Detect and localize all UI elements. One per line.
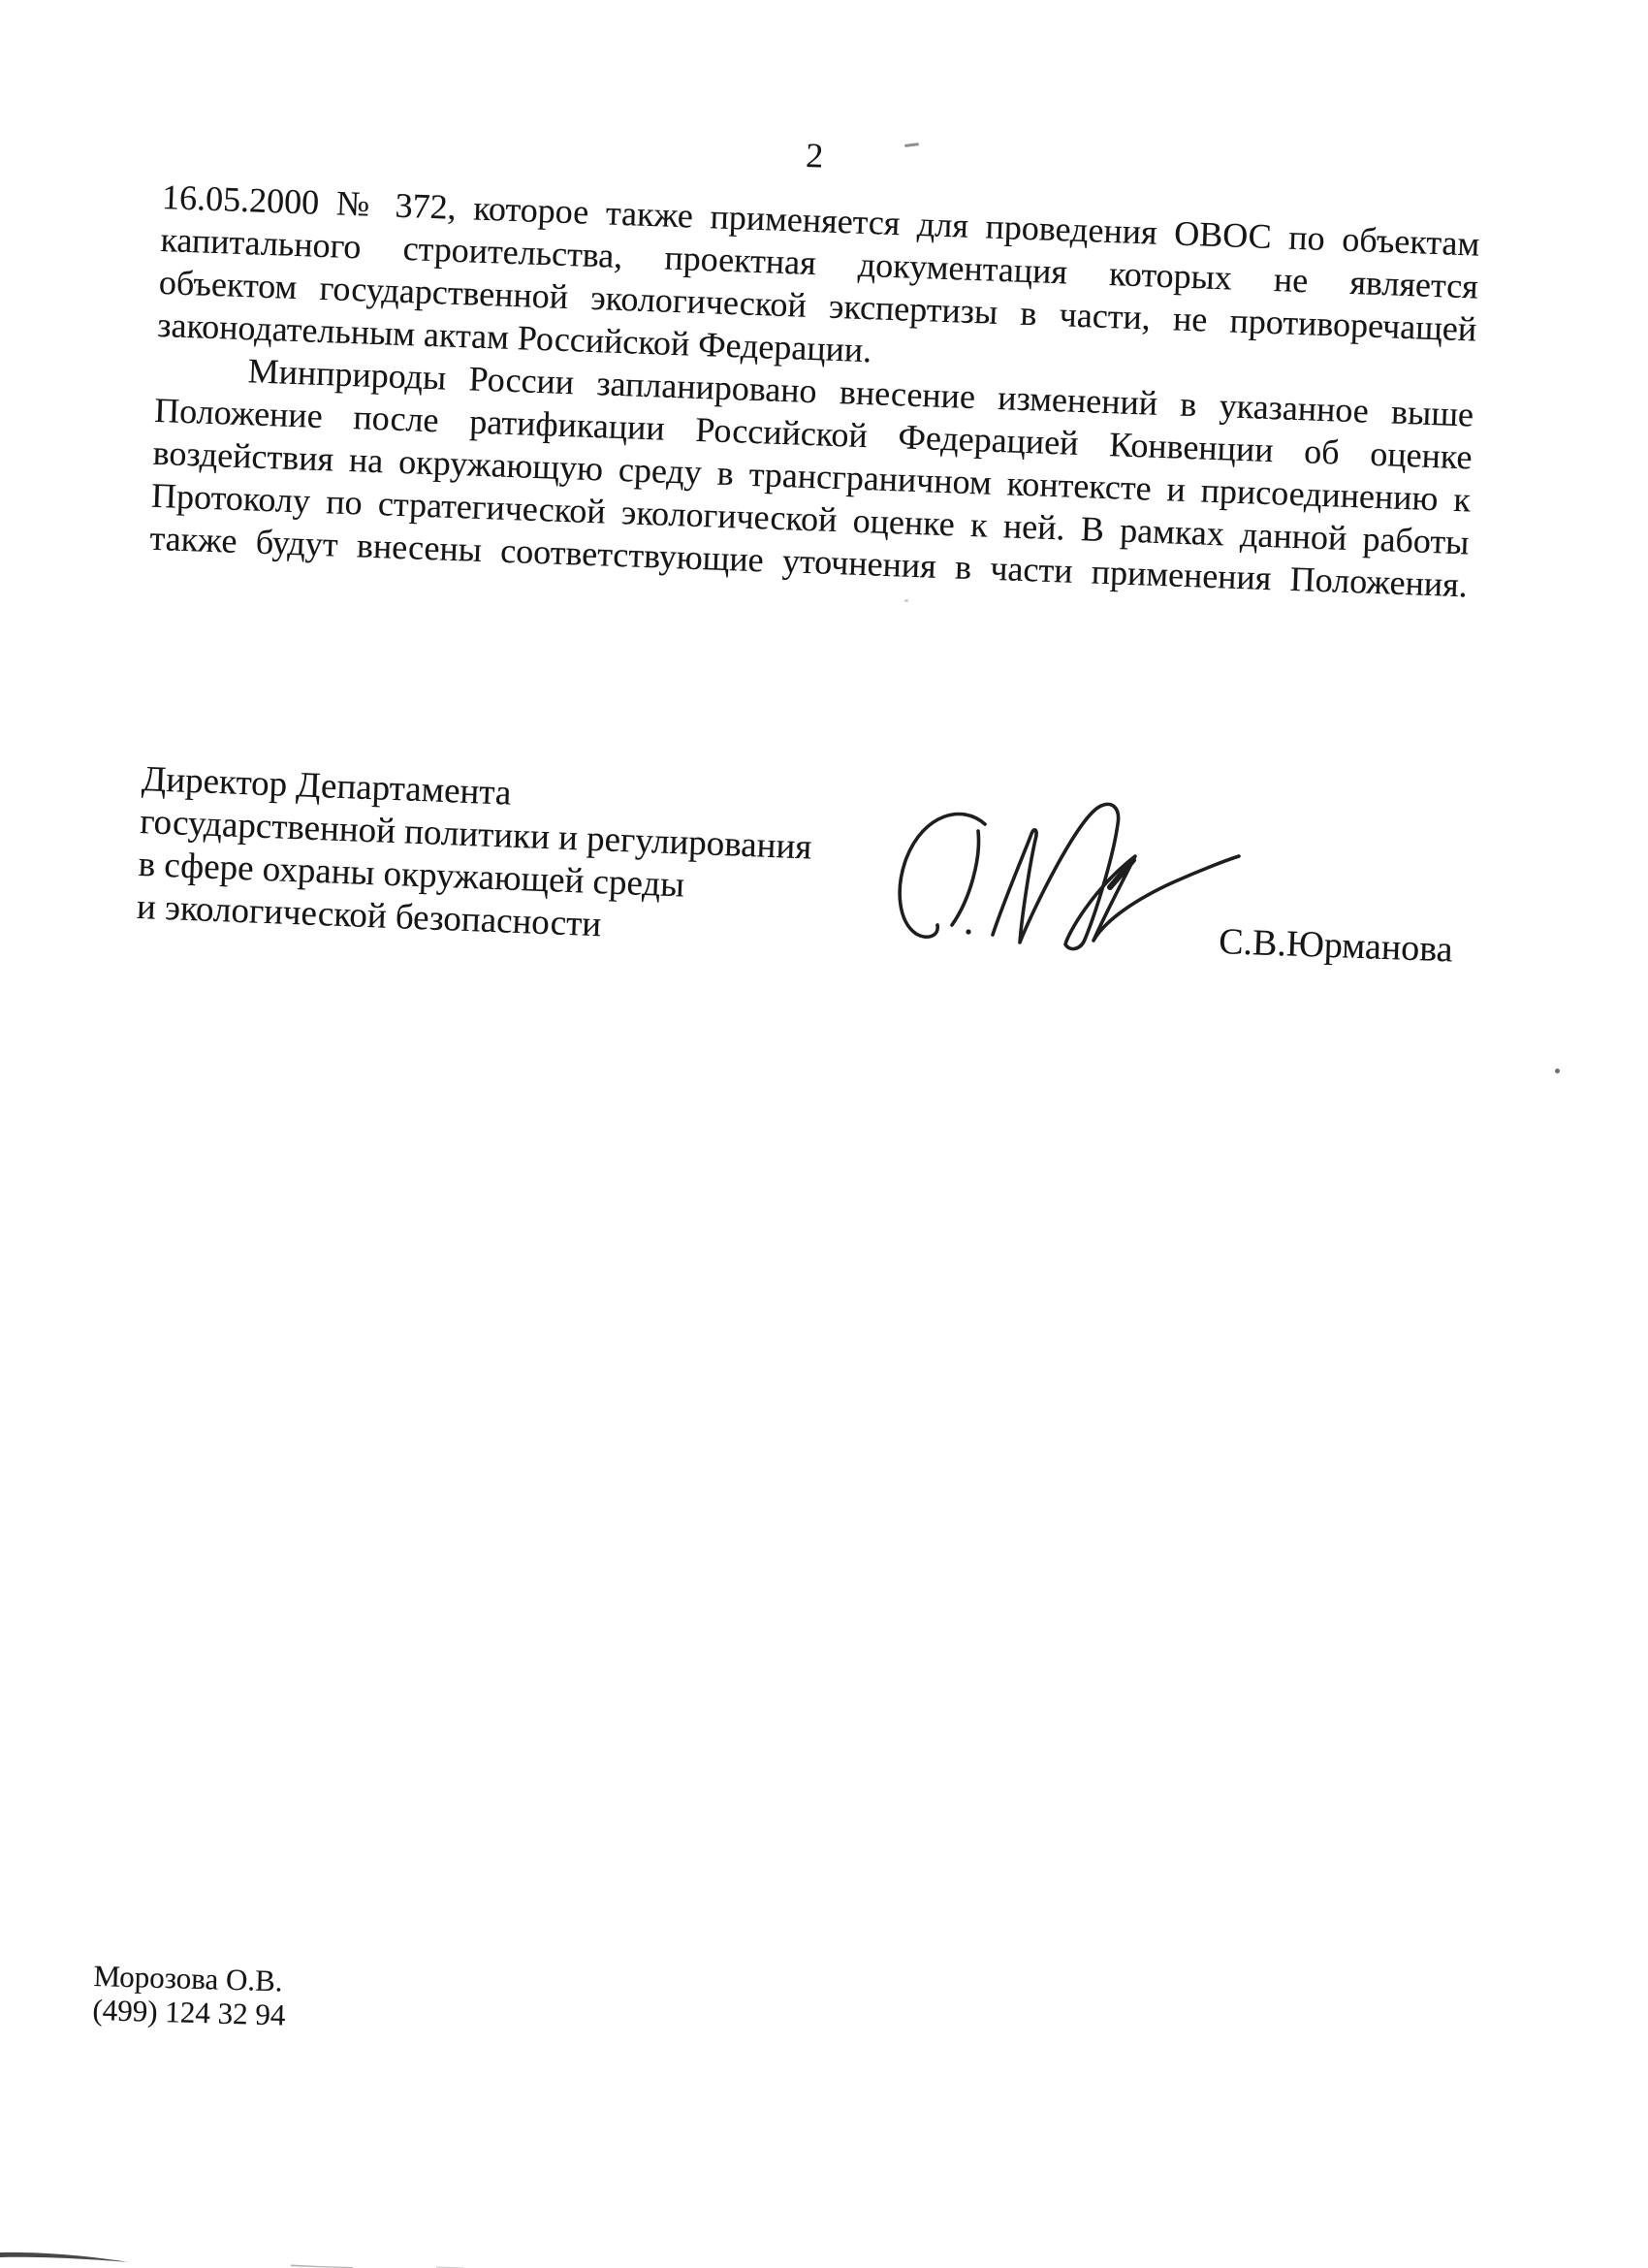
page-number: 2 (805, 134, 824, 177)
signer-name: С.В.Юрманова (1218, 920, 1453, 971)
scan-speck-icon (904, 599, 908, 602)
scan-speck-icon (904, 143, 919, 147)
body-text: 16.05.2000 № 372, которое также применяе… (149, 176, 1480, 606)
signature-title-block: Директор Департамента государственной по… (136, 758, 936, 959)
executor-phone: (499) 124 32 94 (92, 1993, 286, 2032)
executor-name: Морозова О.В. (93, 1959, 287, 1998)
executor-contact-block: Морозова О.В. (499) 124 32 94 (92, 1959, 287, 2032)
scan-edge-streaks-icon (0, 2248, 504, 2268)
scanned-letter-page: 2 16.05.2000 № 372, которое также примен… (0, 0, 1648, 2268)
handwritten-signature-icon (887, 798, 1255, 958)
scan-speck-icon (1555, 1069, 1560, 1073)
